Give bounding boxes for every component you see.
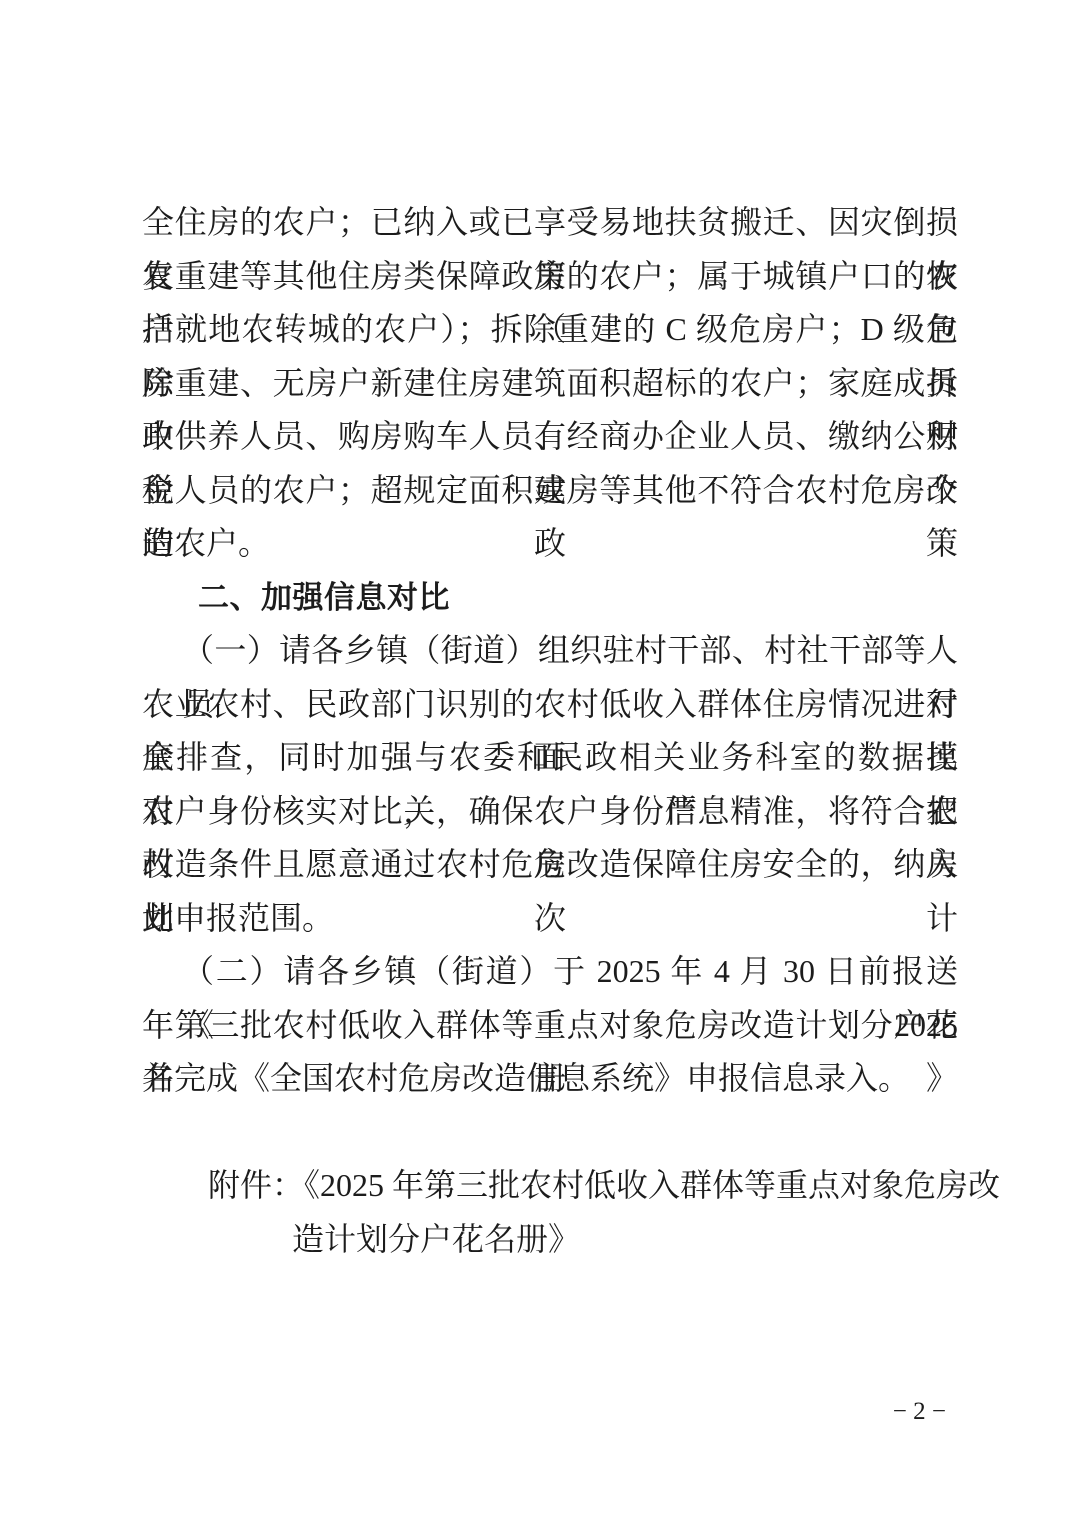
attachment-line: 造计划分户花名册》 (142, 1213, 958, 1267)
body-line: 括就地农转城的农户）；拆除重建的 C 级危房户；D 级危房拆 (142, 303, 958, 357)
page-number: − 2 − (893, 1398, 946, 1426)
body-line: 复重建等其他住房类保障政策的农户；属于城镇户口的农户（包 (142, 250, 958, 304)
attachment-line: 附件：《2025 年第三批农村低收入群体等重点对象危房改 (142, 1159, 958, 1213)
body-line: 年第三批农村低收入群体等重点对象危房改造计划分户花名册》 (142, 999, 958, 1053)
body-line: 改造条件且愿意通过农村危房改造保障住房安全的，纳入此次计 (142, 838, 958, 892)
body-line: 政供养人员、购房购车人员、经商办企业人员、缴纳公积金或个 (142, 410, 958, 464)
body-line: 农户身份核实对比关，确保农户身份信息精准，将符合农村危房 (142, 785, 958, 839)
document-page: 全住房的农户；已纳入或已享受易地扶贫搬迁、因灾倒损农房恢 复重建等其他住房类保障… (0, 0, 1074, 1520)
body-line: 税人员的农户；超规定面积建房等其他不符合农村危房改造政策 (142, 464, 958, 518)
body-line: 农业农村、民政部门识别的农村低收入群体住房情况进行全面摸 (142, 678, 958, 732)
body-line: 除重建、无房户新建住房建筑面积超标的农户；家庭成员中有财 (142, 357, 958, 411)
body-line: （二）请各乡镇（街道）于 2025 年 4 月 30 日前报送《2025 (142, 945, 958, 999)
body-line: 全住房的农户；已纳入或已享受易地扶贫搬迁、因灾倒损农房恢 (142, 196, 958, 250)
body-line: 底排查，同时加强与农委和民政相关业务科室的数据比对，严把 (142, 731, 958, 785)
section-heading: 二、加强信息对比 (142, 571, 958, 625)
document-body: 全住房的农户；已纳入或已享受易地扶贫搬迁、因灾倒损农房恢 复重建等其他住房类保障… (142, 196, 958, 1266)
attachment-block: 附件：《2025 年第三批农村低收入群体等重点对象危房改 造计划分户花名册》 (142, 1159, 958, 1266)
body-line: （一）请各乡镇（街道）组织驻村干部、村社干部等人员对 (142, 624, 958, 678)
body-line: 并完成《全国农村危房改造信息系统》申报信息录入。 (142, 1052, 958, 1106)
